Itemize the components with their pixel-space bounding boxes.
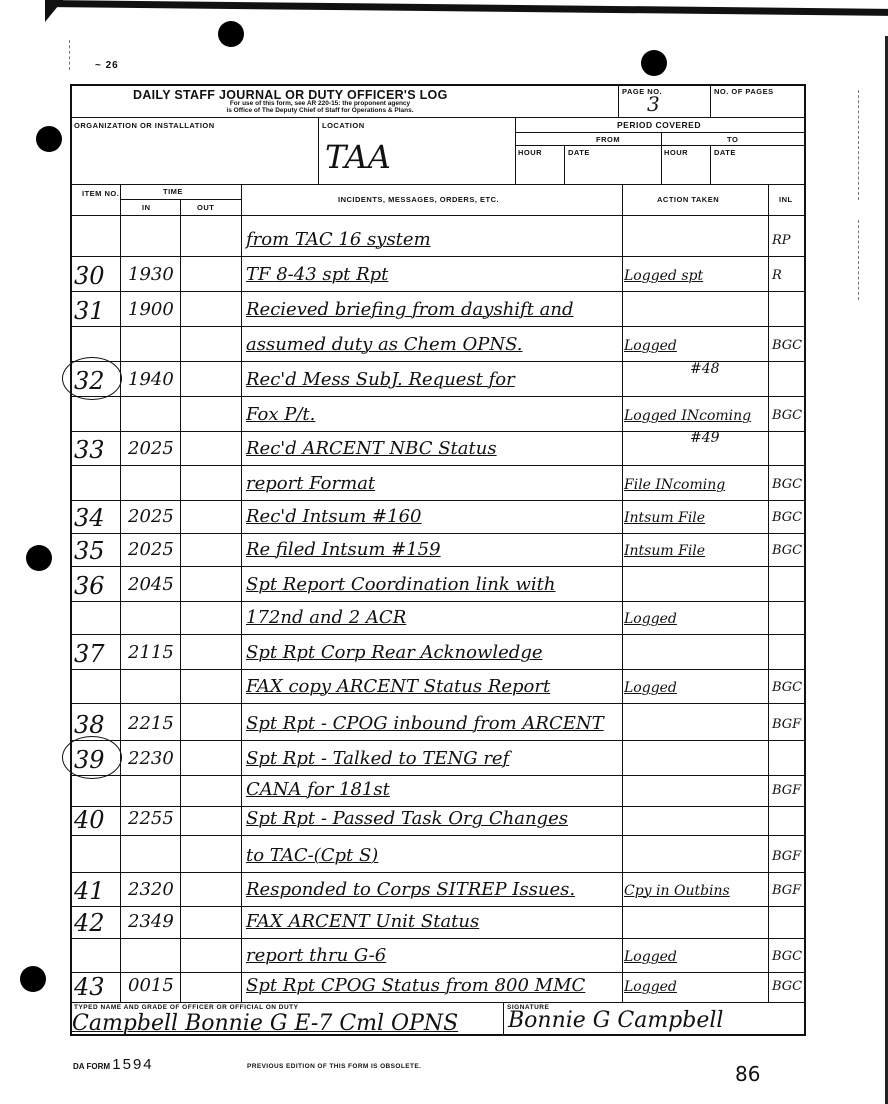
row-rule (70, 500, 806, 501)
typed-name-label: TYPED NAME AND GRADE OF OFFICER OR OFFIC… (74, 1004, 298, 1011)
row-rule (70, 601, 806, 602)
incident-text-cell: Rec'd Intsum #160 (246, 506, 421, 527)
action-taken-cell: Logged (624, 979, 677, 995)
incident-text-cell: report thru G-6 (246, 945, 386, 966)
row-rule (70, 872, 806, 873)
initials-cell: BGF (772, 783, 801, 798)
incident-text-cell: Spt Rpt - CPOG inbound from ARCENT (246, 713, 604, 734)
time-out-header: OUT (197, 203, 214, 212)
initials-cell: R (772, 268, 782, 283)
initials-cell: BGC (772, 543, 802, 558)
row-rule (70, 396, 806, 397)
item-no-cell: 38 (74, 711, 105, 739)
incident-text-cell: TF 8-43 spt Rpt (246, 264, 388, 285)
rule (622, 184, 623, 1002)
incident-text-cell: Spt Rpt - Passed Task Org Changes (246, 808, 568, 829)
punch-hole-icon (26, 545, 52, 571)
item-no-cell: 30 (74, 262, 105, 290)
incident-text-cell: Spt Rpt CPOG Status from 800 MMC (246, 975, 585, 996)
time-in-cell: 2025 (128, 539, 174, 560)
incident-text-cell: Spt Rpt Corp Rear Acknowledge (246, 642, 543, 663)
row-rule (70, 775, 806, 776)
time-in-cell: 2230 (128, 748, 174, 769)
rule (70, 1002, 806, 1003)
location-value: TAA (325, 138, 391, 176)
row-rule (70, 215, 806, 216)
time-in-cell: 1940 (128, 369, 174, 390)
incidents-header: INCIDENTS, MESSAGES, ORDERS, ETC. (338, 195, 499, 204)
typed-name-value: Campbell Bonnie G E-7 Cml OPNS (72, 1011, 458, 1036)
initials-cell: BGF (772, 717, 801, 732)
item-no-cell: 40 (74, 806, 105, 834)
incident-text-cell: Rec'd ARCENT NBC Status (246, 438, 497, 459)
incident-text-cell: Responded to Corps SITREP Issues. (246, 879, 575, 900)
row-rule (70, 465, 806, 466)
form-number: DA FORM 1594 (73, 1056, 154, 1073)
rule (120, 184, 121, 1002)
initials-cell: BGF (772, 883, 801, 898)
row-rule (70, 533, 806, 534)
item-no-cell: 34 (74, 504, 105, 532)
action-taken-cell: File INcoming (624, 477, 725, 493)
punch-hole-icon (218, 21, 244, 47)
action-taken-cell: Logged (624, 680, 677, 696)
time-in-cell: 2025 (128, 438, 174, 459)
initials-cell: BGC (772, 477, 802, 492)
time-in-cell: 0015 (128, 975, 174, 996)
rule (515, 117, 516, 184)
action-taken-cell: #48 (690, 361, 720, 377)
incident-text-cell: Recieved briefing from dayshift and (246, 299, 574, 320)
item-no-cell: 33 (74, 436, 105, 464)
rule (661, 132, 662, 184)
action-taken-cell: Logged (624, 611, 677, 627)
incident-text-cell: to TAC-(Cpt S) (246, 845, 378, 866)
action-taken-cell: Logged (624, 338, 677, 354)
row-rule (70, 972, 806, 973)
incident-text-cell: FAX ARCENT Unit Status (246, 911, 479, 932)
scan-noise (858, 90, 859, 200)
signature-value: Bonnie G Campbell (508, 1008, 723, 1033)
item-no-cell: 35 (74, 537, 105, 565)
action-taken-cell: Intsum File (624, 510, 705, 526)
incident-text-cell: report Format (246, 473, 375, 494)
row-rule (70, 291, 806, 292)
incident-text-cell: Fox P/t. (246, 404, 315, 425)
row-rule (70, 256, 806, 257)
item-no-cell: 31 (74, 297, 105, 325)
initials-header: INL (779, 195, 793, 204)
time-in-cell: 2349 (128, 911, 174, 932)
item-no-cell: 36 (74, 572, 105, 600)
scan-noise (69, 40, 70, 70)
action-taken-cell: Cpy in Outbins (624, 883, 730, 899)
period-covered-label: PERIOD COVERED (617, 120, 701, 130)
item-no-cell: 41 (74, 877, 105, 905)
time-header: TIME (163, 187, 183, 196)
incident-text-cell: CANA for 181st (246, 779, 390, 800)
rule (70, 117, 515, 118)
form-subtitle: For use of this form, see AR 220-15: the… (145, 100, 495, 114)
scan-edge-top (45, 0, 888, 16)
incident-text-cell: Spt Rpt - Talked to TENG ref (246, 748, 509, 769)
action-taken-cell: #49 (690, 430, 720, 446)
incident-text-cell: assumed duty as Chem OPNS. (246, 334, 523, 355)
row-rule (70, 634, 806, 635)
no-of-pages-label: NO. OF PAGES (714, 87, 774, 96)
top-stamp: ~ 26 (95, 60, 119, 71)
row-rule (70, 938, 806, 939)
to-hour-label: HOUR (664, 148, 688, 157)
item-no-header: ITEM NO. (82, 189, 119, 198)
incident-text-cell: Re filed Intsum #159 (246, 539, 441, 560)
row-rule (70, 740, 806, 741)
item-circle-mark (62, 736, 122, 779)
rule (710, 145, 711, 184)
time-in-cell: 2215 (128, 713, 174, 734)
initials-cell: BGC (772, 979, 802, 994)
scan-noise (858, 220, 859, 300)
rule (70, 184, 806, 185)
punch-hole-icon (20, 966, 46, 992)
action-taken-header: ACTION TAKEN (657, 195, 719, 204)
action-taken-cell: Logged INcoming (624, 408, 751, 424)
rule (710, 84, 711, 117)
initials-cell: BGC (772, 680, 802, 695)
to-label: TO (727, 135, 738, 144)
item-no-cell: 37 (74, 640, 105, 668)
incident-text-cell: from TAC 16 system (246, 229, 431, 250)
from-date-label: DATE (568, 148, 590, 157)
time-in-header: IN (142, 203, 151, 212)
initials-cell: RP (772, 233, 791, 248)
row-rule (70, 703, 806, 704)
row-rule (70, 906, 806, 907)
rule (318, 117, 319, 184)
from-hour-label: HOUR (518, 148, 542, 157)
item-no-cell: 42 (74, 909, 105, 937)
initials-cell: BGC (772, 338, 802, 353)
action-taken-cell: Logged (624, 949, 677, 965)
time-in-cell: 2045 (128, 574, 174, 595)
initials-cell: BGC (772, 949, 802, 964)
to-date-label: DATE (714, 148, 736, 157)
row-rule (70, 326, 806, 327)
initials-cell: BGC (772, 510, 802, 525)
time-in-cell: 2255 (128, 808, 174, 829)
item-circle-mark (62, 357, 122, 400)
rule (503, 1002, 504, 1036)
row-rule (70, 566, 806, 567)
item-no-cell: 43 (74, 973, 105, 1001)
rule (618, 84, 619, 117)
organization-label: ORGANIZATION OR INSTALLATION (74, 121, 215, 130)
time-in-cell: 2115 (128, 642, 174, 663)
action-taken-cell: Logged spt (624, 268, 703, 284)
punch-hole-icon (36, 126, 62, 152)
row-rule (70, 806, 806, 807)
incident-text-cell: 172nd and 2 ACR (246, 607, 406, 628)
time-in-cell: 1900 (128, 299, 174, 320)
initials-cell: BGC (772, 408, 802, 423)
incident-text-cell: Spt Report Coordination link with (246, 574, 555, 595)
location-label: LOCATION (322, 121, 365, 130)
from-label: FROM (596, 135, 620, 144)
previous-edition-note: PREVIOUS EDITION OF THIS FORM IS OBSOLET… (247, 1063, 421, 1070)
rule (515, 117, 806, 118)
row-rule (70, 835, 806, 836)
time-in-cell: 2320 (128, 879, 174, 900)
incident-text-cell: Rec'd Mess SubJ. Request for (246, 369, 515, 390)
rule (564, 145, 565, 184)
bates-number: 86 (735, 1062, 760, 1086)
row-rule (70, 669, 806, 670)
punch-hole-icon (641, 50, 667, 76)
page-no-value: 3 (647, 92, 660, 116)
time-in-cell: 1930 (128, 264, 174, 285)
incident-text-cell: FAX copy ARCENT Status Report (246, 676, 550, 697)
initials-cell: BGF (772, 849, 801, 864)
rule (768, 184, 769, 1002)
rule (241, 184, 242, 1002)
time-in-cell: 2025 (128, 506, 174, 527)
action-taken-cell: Intsum File (624, 543, 705, 559)
